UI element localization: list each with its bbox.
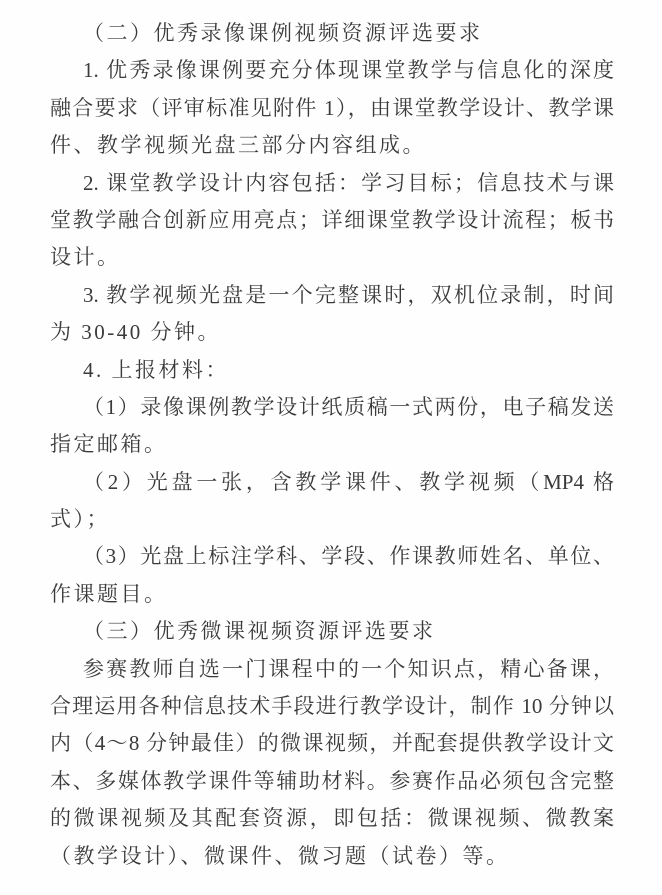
body-line: 的微课视频及其配套资源，即包括：微课视频、微教案	[50, 800, 614, 837]
body-line: 合理运用各种信息技术手段进行教学设计，制作 10 分钟以	[50, 688, 614, 725]
body-line: 内（4～8 分钟最佳）的微课视频，并配套提供教学设计文	[50, 725, 614, 762]
heading-section-3: （三）优秀微课视频资源评选要求	[50, 613, 614, 650]
body-line: （3）光盘上标注学科、学段、作课教师姓名、单位、	[50, 538, 614, 575]
body-line: 1. 优秀录像课例要充分体现课堂教学与信息化的深度	[50, 52, 614, 89]
heading-section-2: （二）优秀录像课例视频资源评选要求	[50, 15, 614, 52]
body-line: （1）录像课例教学设计纸质稿一式两份，电子稿发送	[50, 389, 614, 426]
body-line: 4. 上报材料：	[50, 352, 614, 389]
body-line: 2. 课堂教学设计内容包括：学习目标；信息技术与课	[50, 165, 614, 202]
body-line: 作课题目。	[50, 576, 614, 613]
body-line: 设计。	[50, 239, 614, 276]
body-line: 指定邮箱。	[50, 426, 614, 463]
body-line: 融合要求（评审标准见附件 1），由课堂教学设计、教学课	[50, 90, 614, 127]
body-line: 件、教学视频光盘三部分内容组成。	[50, 127, 614, 164]
document-page: （二）优秀录像课例视频资源评选要求 1. 优秀录像课例要充分体现课堂教学与信息化…	[0, 0, 662, 895]
body-line: 堂教学融合创新应用亮点；详细课堂教学设计流程；板书	[50, 202, 614, 239]
body-line: （2）光盘一张，含教学课件、教学视频（MP4 格	[50, 464, 614, 501]
body-line: 本、多媒体教学课件等辅助材料。参赛作品必须包含完整	[50, 763, 614, 800]
body-line: 式）；	[50, 501, 614, 538]
body-line: 参赛教师自选一门课程中的一个知识点，精心备课，	[50, 651, 614, 688]
body-line: 3. 教学视频光盘是一个完整课时，双机位录制，时间	[50, 277, 614, 314]
body-line: （教学设计）、微课件、微习题（试卷）等。	[50, 838, 614, 875]
body-line: 为 30-40 分钟。	[50, 314, 614, 351]
